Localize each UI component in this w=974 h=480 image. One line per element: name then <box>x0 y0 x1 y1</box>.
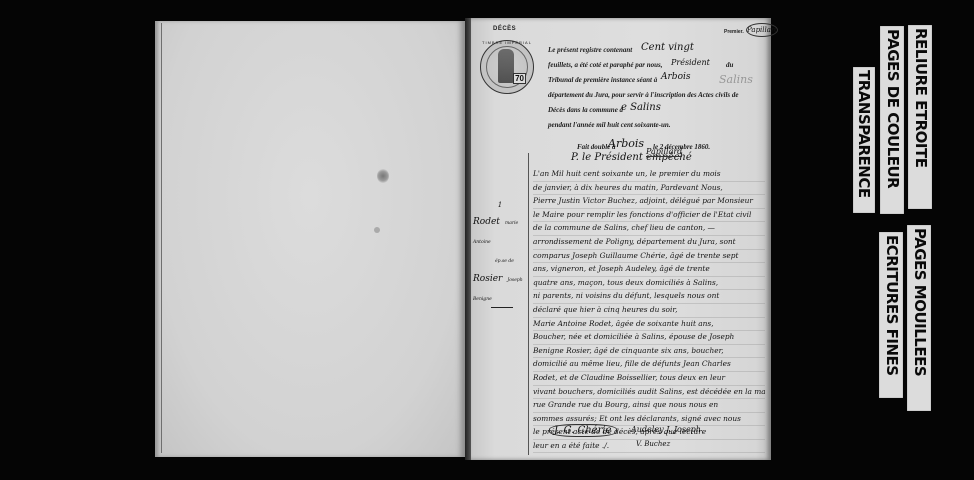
act-number: 1 <box>473 201 527 209</box>
act-line: Pierre Justin Victor Buchez, adjoint, dé… <box>533 195 765 209</box>
label-pages-de-couleur: PAGES DE COULEUR <box>880 26 904 214</box>
act-line: L'an Mil huit cent soixante un, le premi… <box>533 168 765 182</box>
act-line: domicilié au même lieu, fille de défunts… <box>533 358 765 372</box>
act-line: de janvier, à dix heures du matin, Parde… <box>533 182 765 196</box>
left-page-blank <box>155 21 465 457</box>
act-line: ans, vigneron, et Joseph Audeley, âgé de… <box>533 263 765 277</box>
ink-stain <box>377 169 389 183</box>
act-line: Boucher, née et domiciliée à Salins, épo… <box>533 331 765 345</box>
seal-figure-icon <box>498 49 514 83</box>
page-edge-line <box>161 23 162 453</box>
act-line: de la commune de Salins, chef lieu de ca… <box>533 222 765 236</box>
cert-line-5-handwritten: e Salins <box>621 102 661 113</box>
premier-label: Premier. <box>724 29 744 35</box>
seal-value: 70 <box>513 73 526 84</box>
margin-note-deceased: 1 Rodet marie Antoine ép.se de Rosier Jo… <box>473 201 527 308</box>
cert-line-5-printed: Décès dans la commune d <box>548 106 623 114</box>
faint-stamp: Salins <box>719 73 753 86</box>
margin-name-1: Rodet <box>473 217 500 227</box>
label-ecritures-fines: ECRITURES FINES <box>879 232 903 398</box>
act-line: ni parents, ni voisins du défunt, lesque… <box>533 290 765 304</box>
seal-text: TIMBRE IMPÉRIAL <box>481 40 533 45</box>
signature-audeley: Audeley J. Joseph <box>631 425 701 434</box>
act-line: Marie Antoine Rodet, âgée de soixante hu… <box>533 318 765 332</box>
imperial-stamp-seal-icon: TIMBRE IMPÉRIAL 70 <box>480 40 534 94</box>
act-line: quatre ans, maçon, tous deux domiciliés … <box>533 277 765 291</box>
cert-line-4-printed: département du Jura, pour servir à l'ins… <box>548 91 739 99</box>
act-line: le Maire pour remplir les fonctions d'of… <box>533 209 765 223</box>
paraphe-signature-top: Papillard <box>746 23 778 37</box>
cert-line-1-printed: Le présent registre contenant <box>548 46 632 54</box>
margin-name-2: Rosier <box>473 274 502 284</box>
cert-line-2-printed: feuillets, a été coté et paraphé par nou… <box>548 61 663 69</box>
act-line: arrondissement de Poligny, département d… <box>533 236 765 250</box>
cert-line-3-handwritten: Arbois <box>661 72 690 82</box>
signature-cherie: J. G. Chérie <box>549 424 617 437</box>
cert-line-3-printed: Tribunal de première instance séant à <box>548 76 657 84</box>
cert-line-2-handwritten: Président <box>671 58 710 67</box>
act-line: Benigne Rosier, âgé de cinquante six ans… <box>533 345 765 359</box>
margin-detail-2: ép.se de <box>495 259 514 264</box>
cert-line-2-printed-after: du <box>726 61 733 69</box>
act-line: comparus Joseph Guillaume Chérie, âgé de… <box>533 250 765 264</box>
right-page-register: DÉCÈS TIMBRE IMPÉRIAL 70 Premier. Papill… <box>471 18 771 460</box>
margin-rule <box>528 153 529 455</box>
fait-double-place: Arbois <box>608 137 644 150</box>
label-reliure-etroite: RELIURE ETROITE <box>908 25 932 209</box>
act-line: déclaré que hier à cinq heures du soir, <box>533 304 765 318</box>
cert-line-1-handwritten: Cent vingt <box>641 42 694 53</box>
margin-underline <box>491 307 513 308</box>
act-line: rue Grande rue du Bourg, ainsi que nous … <box>533 399 765 413</box>
paraphe-signature-second: Papillard <box>646 147 682 157</box>
ink-spot <box>374 227 380 233</box>
section-header-deces: DÉCÈS <box>493 26 516 32</box>
act-line: Rodet, et de Claudine Boissellier, tous … <box>533 372 765 386</box>
label-pages-mouillees: PAGES MOUILLEES <box>907 225 931 411</box>
signature-buchez: V. Buchez <box>636 440 670 448</box>
label-transparence: TRANSPARENCE <box>853 67 875 213</box>
death-act-text: L'an Mil huit cent soixante un, le premi… <box>533 168 765 453</box>
act-line: vivant bouchers, domiciliés audit Salins… <box>533 386 765 400</box>
cert-line-6-printed: pendant l'année mil huit cent soixante-u… <box>548 121 671 129</box>
